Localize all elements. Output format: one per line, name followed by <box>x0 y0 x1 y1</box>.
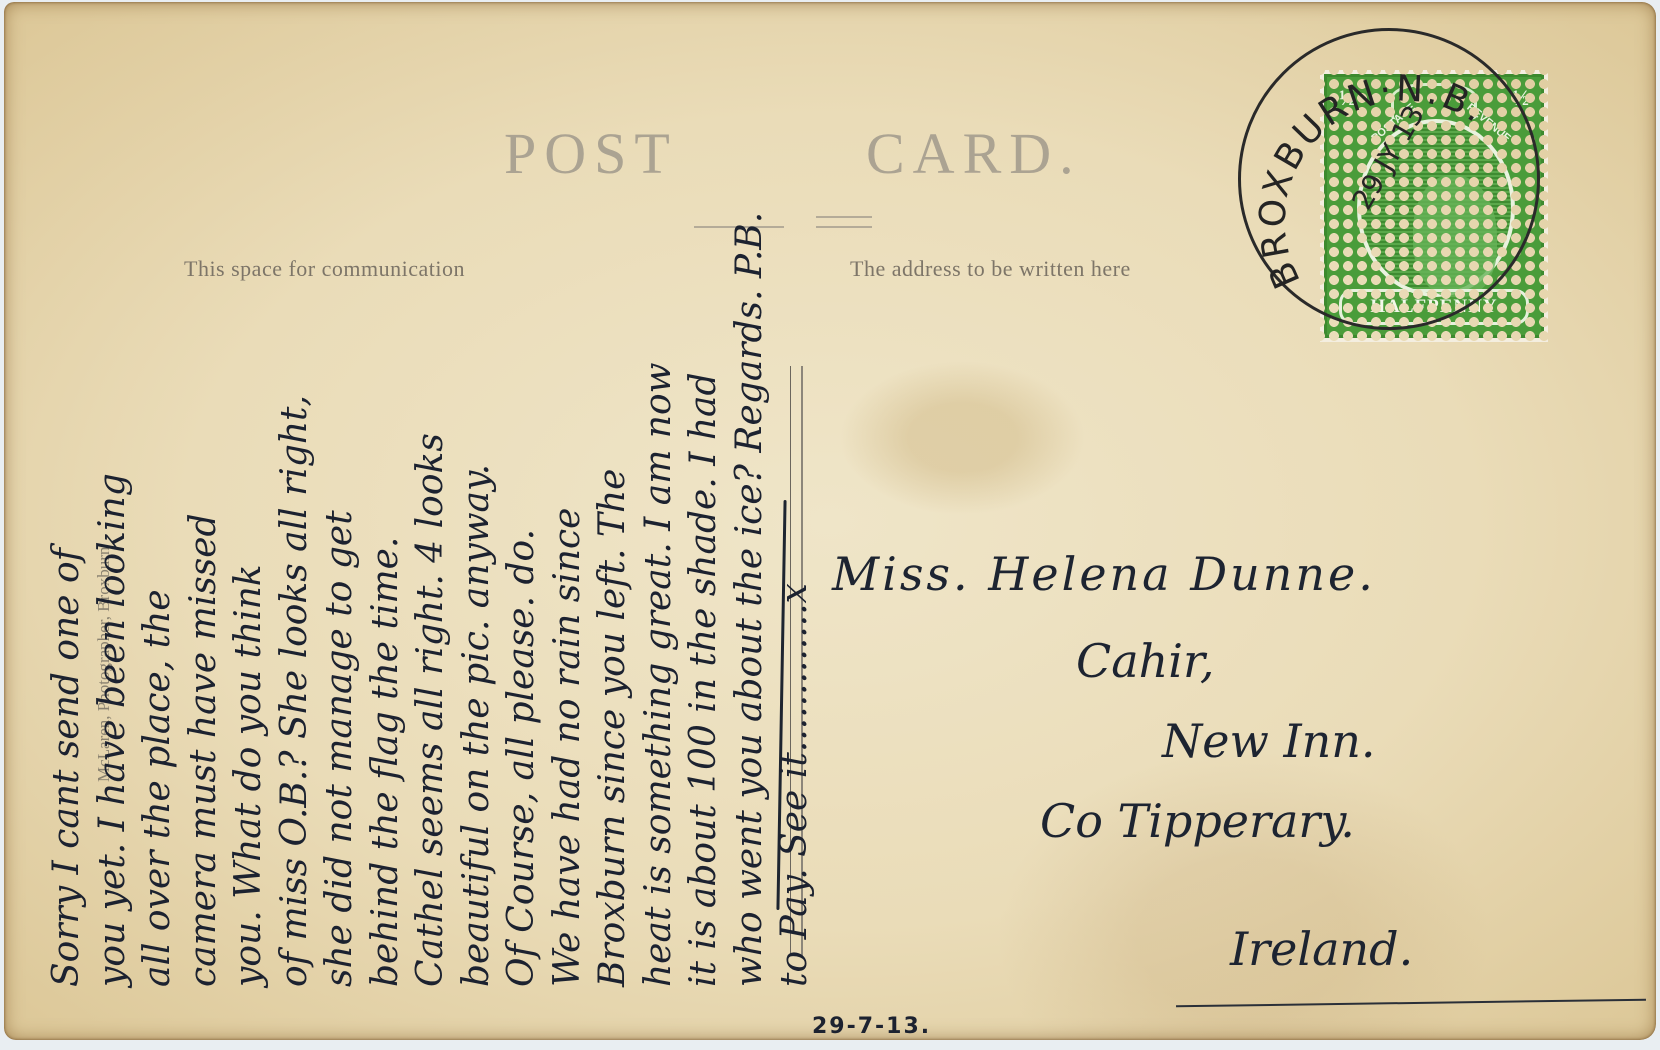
message-line: beautiful on the pic. anyway. <box>454 17 500 987</box>
address-county: Co Tipperary. <box>1040 794 1355 848</box>
message-line: We have had no rain since <box>545 17 591 987</box>
message-line: heat is something great. I am now <box>636 17 682 987</box>
title-rule <box>816 216 872 218</box>
message-line: camera must have missed <box>181 17 227 987</box>
address-underline <box>1176 999 1646 1008</box>
message-line: you yet. I have been looking <box>90 17 136 987</box>
message-line: who went you about the ice? Regards. P.B… <box>727 17 773 987</box>
message-line: behind the flag the time. <box>363 17 409 987</box>
printed-title-card: CARD. <box>866 120 1082 187</box>
handwritten-message: Sorry I cant send one of you yet. I have… <box>44 17 818 987</box>
caption-address: The address to be written here <box>850 256 1131 282</box>
postcard: POST CARD. This space for communication … <box>4 2 1656 1040</box>
message-line: all over the place, the <box>135 17 181 987</box>
title-rule <box>816 226 872 228</box>
postmark-circle: BROXBURN·N.B. 29 JY 13 <box>1238 28 1540 330</box>
message-line: Sorry I cant send one of <box>44 17 90 987</box>
message-line: you. What do you think <box>226 17 272 987</box>
date-written: 29-7-13. <box>812 1014 931 1039</box>
message-line: Of Course, all please. do. <box>499 17 545 987</box>
address-town: Cahir, <box>1076 634 1215 688</box>
message-line: she did not manage to get <box>317 17 363 987</box>
message-line: it is about 100 in the shade. I had <box>681 17 727 987</box>
address-recipient: Miss. Helena Dunne. <box>832 547 1376 601</box>
message-line: of miss O.B.? She looks all right, <box>272 17 318 987</box>
address-country: Ireland. <box>1230 922 1413 976</box>
message-line: Cathel seems all right. 4 looks <box>408 17 454 987</box>
message-line: Broxburn since you left. The <box>590 17 636 987</box>
message-line: to Pay. See it.............x <box>772 17 818 987</box>
address-locality: New Inn. <box>1162 714 1376 768</box>
